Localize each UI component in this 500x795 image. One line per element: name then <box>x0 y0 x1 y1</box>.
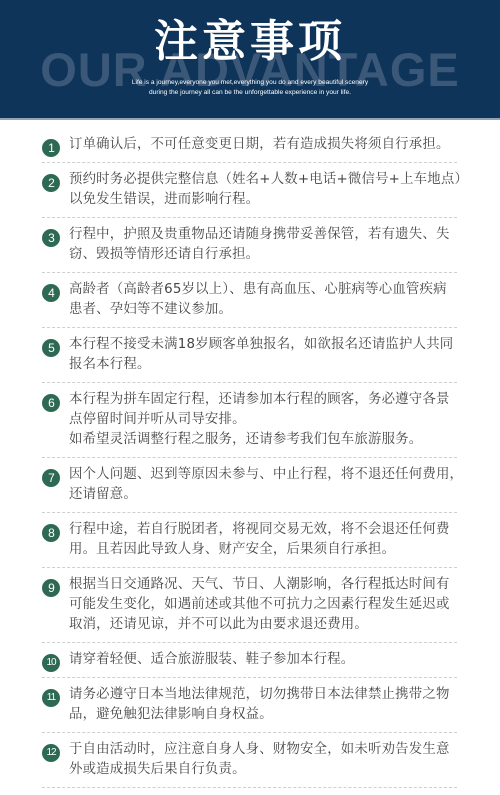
notice-item-11: 11 请务必遵守日本当地法律规范，切勿携带日本法律禁止携带之物 品，避免触犯法律… <box>42 685 457 733</box>
notice-line: 本行程为拼车固定行程，还请参加本行程的顾客，务必遵守各景 <box>69 390 457 410</box>
notice-text: 预约时务必提供完整信息（姓名+人数+电话+微信号+上车地点） 以免发生错误，进而… <box>69 170 457 210</box>
number-badge-icon: 3 <box>42 229 60 247</box>
number-badge-icon: 10 <box>42 654 60 672</box>
notice-line: 订单确认后，不可任意变更日期，若有造成损失将须自行承担。 <box>69 135 457 155</box>
notice-line: 预约时务必提供完整信息（姓名+人数+电话+微信号+上车地点） <box>69 170 457 190</box>
notice-line: 根据当日交通路况、天气、节日、人潮影响，各行程抵达时间有 <box>69 575 457 595</box>
notice-text: 行程中，护照及贵重物品还请随身携带妥善保管，若有遗失、失 窃、毁损等情形还请自行… <box>69 225 457 265</box>
notice-item-2: 2 预约时务必提供完整信息（姓名+人数+电话+微信号+上车地点） 以免发生错误，… <box>42 170 457 218</box>
notice-text: 订单确认后，不可任意变更日期，若有造成损失将须自行承担。 <box>69 135 457 155</box>
header-subtitle: Life is a journey,everyone you met,every… <box>0 78 500 98</box>
notice-line: 窃、毁损等情形还请自行承担。 <box>69 245 457 265</box>
notice-line: 报名本行程。 <box>69 355 457 375</box>
notice-item-12: 12 于自由活动时，应注意自身人身、财物安全，如未听劝告发生意 外或造成损失后果… <box>42 740 457 785</box>
notice-text: 请穿着轻便、适合旅游服装、鞋子参加本行程。 <box>69 650 457 670</box>
notice-text: 于自由活动时，应注意自身人身、财物安全，如未听劝告发生意 外或造成损失后果自行负… <box>69 740 457 780</box>
notice-text: 本行程不接受未满18岁顾客单独报名，如欲报名还请监护人共同 报名本行程。 <box>69 335 457 375</box>
notice-line: 于自由活动时，应注意自身人身、财物安全，如未听劝告发生意 <box>69 740 457 760</box>
number-badge-icon: 6 <box>42 394 60 412</box>
number-badge-icon: 5 <box>42 339 60 357</box>
number-badge-icon: 9 <box>42 579 60 597</box>
notice-line: 还请留意。 <box>69 485 457 505</box>
notice-line: 患者、孕妇等不建议参加。 <box>69 300 457 320</box>
notice-line: 可能发生变化，如遇前述或其他不可抗力之因素行程发生延迟或 <box>69 595 457 615</box>
notice-text: 行程中途，若自行脱团者，将视同交易无效，将不会退还任何费 用。且若因此导致人身、… <box>69 520 457 560</box>
number-badge-icon: 11 <box>42 689 60 707</box>
notice-line: 请穿着轻便、适合旅游服装、鞋子参加本行程。 <box>69 650 457 670</box>
notice-line: 取消，还请见谅，并不可以此为由要求退还费用。 <box>69 615 457 635</box>
notice-list: 1 订单确认后，不可任意变更日期，若有造成损失将须自行承担。 2 预约时务必提供… <box>42 135 457 785</box>
notice-line: 点停留时间并听从司导安排。 <box>69 410 457 430</box>
notice-line: 外或造成损失后果自行负责。 <box>69 760 457 780</box>
notice-line: 行程中，护照及贵重物品还请随身携带妥善保管，若有遗失、失 <box>69 225 457 245</box>
notice-item-1: 1 订单确认后，不可任意变更日期，若有造成损失将须自行承担。 <box>42 135 457 163</box>
subtitle-line-2: during the journey all can be the unforg… <box>0 88 500 98</box>
notice-item-4: 4 高龄者（高龄者65岁以上）、患有高血压、心脏病等心血管疾病 患者、孕妇等不建… <box>42 280 457 328</box>
number-badge-icon: 7 <box>42 469 60 487</box>
notice-text: 本行程为拼车固定行程，还请参加本行程的顾客，务必遵守各景 点停留时间并听从司导安… <box>69 390 457 450</box>
notice-line: 品，避免触犯法律影响自身权益。 <box>69 705 457 725</box>
number-badge-icon: 8 <box>42 524 60 542</box>
notice-text: 高龄者（高龄者65岁以上）、患有高血压、心脏病等心血管疾病 患者、孕妇等不建议参… <box>69 280 457 320</box>
notice-item-8: 8 行程中途，若自行脱团者，将视同交易无效，将不会退还任何费 用。且若因此导致人… <box>42 520 457 568</box>
notice-item-7: 7 因个人问题、迟到等原因未参与、中止行程，将不退还任何费用， 还请留意。 <box>42 465 457 513</box>
number-badge-icon: 2 <box>42 174 60 192</box>
notice-item-10: 10 请穿着轻便、适合旅游服装、鞋子参加本行程。 <box>42 650 457 678</box>
subtitle-line-1: Life is a journey,everyone you met,every… <box>0 78 500 88</box>
notice-item-3: 3 行程中，护照及贵重物品还请随身携带妥善保管，若有遗失、失 窃、毁损等情形还请… <box>42 225 457 273</box>
notice-line: 以免发生错误，进而影响行程。 <box>69 190 457 210</box>
notice-text: 根据当日交通路况、天气、节日、人潮影响，各行程抵达时间有 可能发生变化，如遇前述… <box>69 575 457 635</box>
notice-line: 如希望灵活调整行程之服务，还请参考我们包车旅游服务。 <box>69 430 457 450</box>
notice-line: 本行程不接受未满18岁顾客单独报名，如欲报名还请监护人共同 <box>69 335 457 355</box>
notice-item-6: 6 本行程为拼车固定行程，还请参加本行程的顾客，务必遵守各景 点停留时间并听从司… <box>42 390 457 458</box>
notice-text: 请务必遵守日本当地法律规范，切勿携带日本法律禁止携带之物 品，避免触犯法律影响自… <box>69 685 457 725</box>
number-badge-icon: 12 <box>42 744 60 762</box>
notice-line: 行程中途，若自行脱团者，将视同交易无效，将不会退还任何费 <box>69 520 457 540</box>
number-badge-icon: 4 <box>42 284 60 302</box>
number-badge-icon: 1 <box>42 139 60 157</box>
notice-line: 请务必遵守日本当地法律规范，切勿携带日本法律禁止携带之物 <box>69 685 457 705</box>
page-title: 注意事项 <box>0 16 500 68</box>
notice-line: 因个人问题、迟到等原因未参与、中止行程，将不退还任何费用， <box>69 465 457 485</box>
notice-text: 因个人问题、迟到等原因未参与、中止行程，将不退还任何费用， 还请留意。 <box>69 465 457 505</box>
notice-line: 高龄者（高龄者65岁以上）、患有高血压、心脏病等心血管疾病 <box>69 280 457 300</box>
header-banner: OUR ADVANTAGE 注意事项 Life is a journey,eve… <box>0 0 500 120</box>
notice-item-5: 5 本行程不接受未满18岁顾客单独报名，如欲报名还请监护人共同 报名本行程。 <box>42 335 457 383</box>
notice-item-9: 9 根据当日交通路况、天气、节日、人潮影响，各行程抵达时间有 可能发生变化，如遇… <box>42 575 457 643</box>
notice-line: 用。且若因此导致人身、财产安全，后果须自行承担。 <box>69 540 457 560</box>
